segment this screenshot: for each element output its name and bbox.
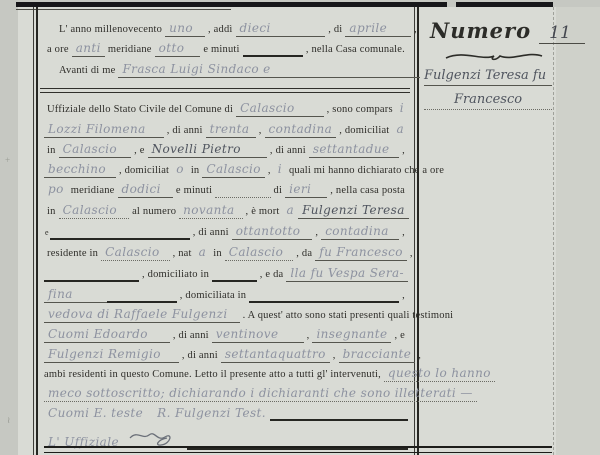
hw-meridian: po (44, 182, 68, 197)
left-border-line (33, 7, 34, 455)
printed-text: , (256, 123, 265, 138)
hw-witness2-name: Fulgenzi Remigio (44, 347, 179, 363)
hw-witness1-name: Cuomi Edoardo (44, 327, 170, 343)
hw-residence: Calascio (101, 245, 169, 261)
printed-text: , domiciliata in (177, 288, 249, 303)
hw-meridian: anti (72, 41, 105, 57)
struck-blank (270, 406, 408, 421)
act-line-illiterate-note: meco sottoscritto; dichiarando i dichiar… (44, 386, 408, 402)
death-record-scan: + ≀ L' anno millenovecento uno , addì di… (0, 0, 600, 455)
hw-residence: Calascio (202, 162, 264, 178)
printed-text: , di anni (179, 348, 221, 363)
hw-illiterate-note: meco sottoscritto; dichiarando i dichiar… (44, 386, 477, 402)
struck-blank (212, 266, 257, 282)
printed-text: , (312, 225, 321, 240)
margin-deceased-name: Fulgenzi Teresa fu (424, 68, 552, 86)
act-line-father-domicile: , domiciliato in , e da lla fu Vespa Ser… (44, 266, 408, 282)
act-line-official: Avanti di me Frasca Luigi Sindaco e (44, 62, 420, 78)
act-line-mother-domicile: fina , domiciliata in , (44, 287, 408, 303)
hw-suffix: i (396, 101, 408, 116)
printed-text: , (399, 288, 408, 303)
printed-text: , e da (257, 267, 287, 282)
struck-blank (44, 266, 139, 282)
act-line-closing: ambi residenti in questo Comune. Letto i… (44, 366, 408, 382)
hw-day: dieci (236, 21, 326, 37)
hw-month: aprile (345, 21, 411, 37)
top-edge-bar (16, 2, 447, 7)
printed-text: in (210, 246, 225, 261)
printed-text: , (399, 225, 408, 240)
printed-text: , (407, 246, 416, 261)
hw-deceased-age: ottantotto (232, 224, 313, 240)
left-border-line (36, 7, 38, 455)
printed-text: , di anni (164, 123, 206, 138)
hw-declarant1-age: trenta (206, 122, 256, 138)
hw-hour: otto (155, 41, 201, 57)
bottom-section-rule (44, 446, 552, 453)
hw-suffix: a (283, 203, 299, 218)
printed-text: in (44, 143, 59, 158)
printed-text: , (415, 348, 424, 363)
printed-text: Uffiziale dello Stato Civile del Comune … (44, 102, 236, 117)
printed-text: in (44, 204, 59, 219)
act-line-death-place: in Calascio al numero novanta , è mort a… (44, 203, 408, 219)
act-line-declarant1: Lozzi Filomena , di anni trenta , contad… (44, 122, 408, 138)
hw-suffix: a (195, 245, 211, 260)
margin-mark: ≀ (7, 415, 10, 426)
printed-text: , di anni (267, 143, 309, 158)
printed-text: residente in (44, 246, 101, 261)
hw-death-day: ieri (285, 182, 327, 198)
hw-suffix: i (274, 162, 286, 177)
record-number-row: Numero 11 (430, 18, 552, 44)
act-line-time: a ore anti meridiane otto e minuti , nel… (44, 41, 408, 57)
act-line-witness1: Cuomi Edoardo , di anni ventinove , inse… (44, 327, 408, 343)
printed-text: meridiane (105, 42, 155, 57)
hw-death-place: Calascio (59, 203, 129, 219)
act-line-declaration: becchino , domiciliat o in Calascio , i … (44, 162, 408, 178)
printed-text: , nat (170, 246, 195, 261)
act-line-declarant2: in Calascio , e Novelli Pietro , di anni… (44, 142, 408, 158)
printed-text: , (265, 163, 274, 178)
hw-signature-witness1: Cuomi E. teste (44, 406, 153, 421)
printed-text: , (330, 348, 339, 363)
printed-text: , di anni (170, 328, 212, 343)
printed-text: al numero (129, 204, 179, 219)
hw-official-name: Frasca Luigi Sindaco e (118, 62, 420, 78)
printed-text: , (304, 328, 313, 343)
hw-father-name: fu Francesco (315, 245, 407, 261)
margin-mark: + (5, 155, 10, 165)
hw-residence: Calascio (59, 142, 131, 158)
printed-text: , addì (205, 22, 236, 37)
printed-text: quali mi hanno dichiarato che a ore (286, 163, 447, 178)
printed-text: . A quest' atto sono stati presenti qual… (240, 308, 457, 323)
hw-witness1-occupation: insegnante (312, 327, 391, 343)
section-divider-rule (40, 88, 410, 93)
numero-label: Numero (430, 18, 531, 43)
margin-deceased-name: Francesco (424, 92, 552, 110)
hw-comune: Calascio (236, 101, 324, 117)
printed-text: , (411, 22, 420, 37)
hw-death-hour: dodici (118, 182, 173, 198)
hw-year: uno (165, 21, 205, 37)
act-line-comune: Uffiziale dello Stato Civile del Comune … (44, 101, 408, 117)
hw-marital-status: vedova di Raffaele Fulgenzi (44, 307, 240, 323)
printed-text: , è mort (243, 204, 283, 219)
printed-text: , da (293, 246, 315, 261)
hw-closing: questo lo hanno (384, 366, 495, 382)
printed-text: in (188, 163, 203, 178)
numero-value: 11 (539, 23, 585, 44)
printed-text: , e (391, 328, 408, 343)
hw-suffix: a (392, 122, 408, 137)
page-right-margin (556, 7, 600, 455)
hw-deceased-name: Fulgenzi Teresa (298, 203, 409, 219)
printed-text: a ore (44, 42, 72, 57)
act-line-date: L' anno millenovecento uno , addì dieci … (44, 21, 420, 37)
act-line-death-time: po meridiane dodici e minuti di ieri , n… (44, 182, 408, 198)
empty-blank (215, 182, 270, 198)
act-line-marital-status: vedova di Raffaele Fulgenzi . A quest' a… (44, 307, 408, 323)
printed-text: , nella casa posta (327, 183, 408, 198)
printed-text: ambi residenti in questo Comune. Letto i… (44, 367, 384, 382)
hw-mother-name: lla fu Vespa Sera- (286, 266, 408, 282)
top-edge-line (16, 9, 231, 10)
printed-text: , nella Casa comunale. (303, 42, 408, 57)
act-line-witness2: Fulgenzi Remigio , di anni settantaquatt… (44, 347, 408, 363)
printed-text: e minuti (200, 42, 242, 57)
printed-text: , sono compars (324, 102, 396, 117)
printed-text: e minuti (173, 183, 215, 198)
page-fold-line (553, 7, 555, 455)
hw-witness2-age: settantaquattro (221, 347, 330, 363)
hw-witness1-age: ventinove (212, 327, 304, 343)
hw-declarant2-name: Novelli Pietro (148, 142, 267, 158)
struck-blank (243, 41, 303, 57)
top-edge-bar (456, 2, 553, 7)
hw-declarant1-occupation: contadina (265, 122, 337, 138)
struck-blank (249, 287, 399, 303)
act-line-parents: residente in Calascio , nat a in Calasci… (44, 245, 408, 261)
hw-suffix: o (172, 162, 188, 177)
hw-signature-witness2: R. Fulgenzi Test. (153, 406, 270, 421)
struck-blank (50, 224, 190, 240)
struck-blank (107, 287, 177, 303)
printed-text: , e (131, 143, 148, 158)
decorative-flourish (444, 48, 544, 64)
printed-text: , domiciliat (116, 163, 172, 178)
hw-declarant2-age: settantadue (309, 142, 399, 158)
printed-text: di (271, 183, 286, 198)
printed-text: L' anno millenovecento (56, 22, 165, 37)
hw-mother-name-cont: fina (44, 287, 107, 303)
printed-text: , di anni (190, 225, 232, 240)
hw-deceased-occupation: contadina (321, 224, 399, 240)
official-signature-flourish (127, 426, 183, 446)
printed-text: , (399, 143, 408, 158)
printed-text: meridiane (68, 183, 118, 198)
act-line-witness-signatures: Cuomi E. teste R. Fulgenzi Test. (44, 406, 408, 421)
printed-text: Avanti di me (56, 63, 118, 78)
hw-declarant2-occupation: becchino (44, 162, 116, 178)
printed-text: , domiciliato in (139, 267, 212, 282)
hw-house-number: novanta (179, 203, 242, 219)
hw-birthplace: Calascio (225, 245, 293, 261)
hw-declarant1-name: Lozzi Filomena (44, 122, 164, 138)
act-line-deceased-details: e , di anni ottantotto , contadina , (44, 224, 408, 240)
printed-text: , di (325, 22, 345, 37)
printed-text: , domiciliat (336, 123, 392, 138)
hw-witness2-occupation: bracciante (339, 347, 416, 363)
